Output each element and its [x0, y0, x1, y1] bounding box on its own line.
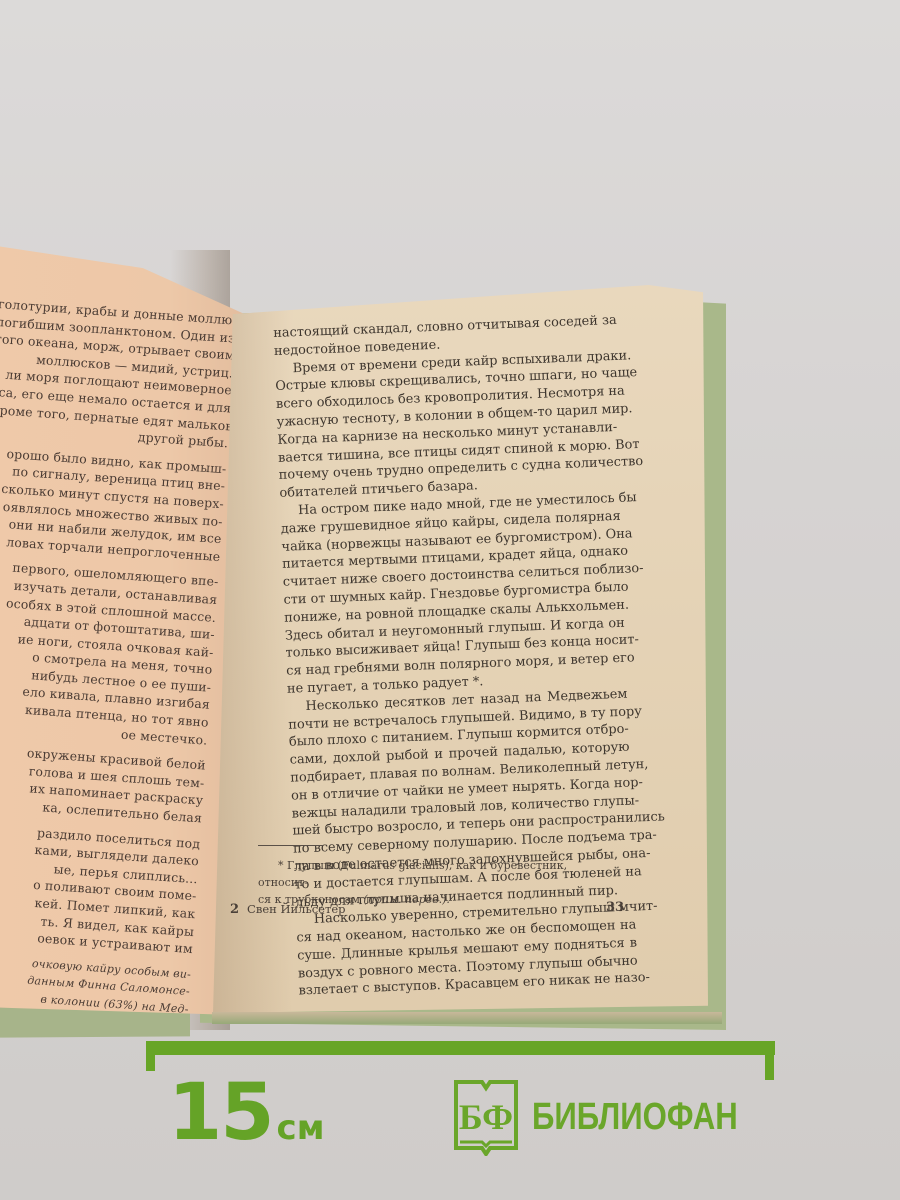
- footnote-translator-note: (прим. перев.).: [363, 893, 449, 906]
- page-number: 33: [606, 900, 624, 915]
- printer-signature: 2Свен Йильсетер: [230, 902, 345, 917]
- open-book-icon: БФ: [452, 1078, 520, 1156]
- brand-logo: БФ БИБЛИОФАН: [452, 1078, 783, 1156]
- book-page-right: настоящий скандал, словно отчитывая сосе…: [213, 285, 708, 1013]
- size-label: 15см: [168, 1068, 325, 1158]
- logo-letters: БФ: [452, 1096, 520, 1138]
- size-value: 15: [168, 1068, 273, 1158]
- left-page-text: голотурии, крабы и донные моллю-погибшим…: [0, 295, 237, 1015]
- size-ruler-tick-right: [765, 1048, 774, 1080]
- page-block-edge: [212, 1012, 722, 1024]
- signature-number: 2: [230, 902, 239, 917]
- size-unit: см: [277, 1108, 325, 1148]
- footnote: * Глупыш (Fulmarus glacialis), как и бур…: [258, 857, 618, 908]
- book-page-left: голотурии, крабы и донные моллю-погибшим…: [0, 245, 245, 1015]
- brand-name: БИБЛИОФАН: [532, 1096, 738, 1139]
- footnote-line-1: * Глупыш (Fulmarus glacialis), как и бур…: [258, 857, 618, 891]
- size-ruler-tick-left: [146, 1041, 155, 1071]
- signature-author: Свен Йильсетер: [247, 902, 345, 916]
- size-ruler-bar: [150, 1041, 775, 1055]
- footnote-rule: [258, 845, 323, 846]
